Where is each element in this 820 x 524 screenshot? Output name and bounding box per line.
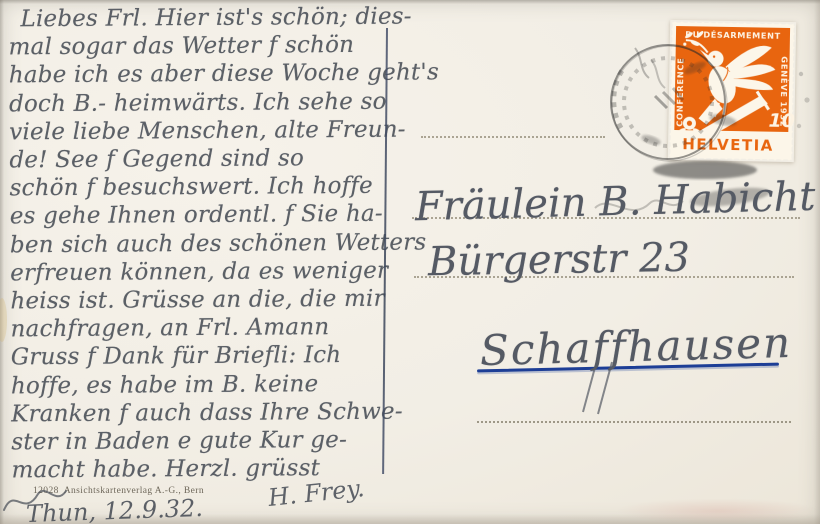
address-rule-line: [477, 421, 791, 423]
message-line: ben sich auch des schönen Wetters: [10, 228, 392, 259]
message-line: heiss ist. Grüsse an die, die mir: [10, 285, 392, 316]
address-street: Bürgerstr 23: [428, 235, 691, 286]
message-line: viele liebe Menschen, alte Freun-: [9, 115, 391, 146]
message-line: de! See f Gegend sind so: [9, 144, 391, 175]
message-line: nachfragen, an Frl. Amann: [10, 313, 392, 344]
message-line: Kranken f auch dass Ihre Schwe-: [11, 398, 393, 429]
message-line: mal sogar das Wetter f schön: [9, 31, 391, 62]
handwritten-message: Liebes Frl. Hier ist's schön; dies- mal …: [8, 3, 393, 485]
message-line: es gehe Ihnen ordentl. f Sie ha-: [10, 200, 392, 231]
postcard: Liebes Frl. Hier ist's schön; dies- mal …: [0, 0, 820, 524]
message-line: Gruss f Dank für Briefli: Ich: [11, 341, 393, 372]
message-line: habe ich es aber diese Woche geht's: [9, 59, 391, 90]
address-city: Schaffhausen: [479, 318, 792, 375]
scan-discoloration: [615, 498, 820, 524]
scan-edge-left: [0, 0, 4, 524]
ink-flourish: [0, 480, 70, 520]
message-line: hoffe, es habe im B. keine: [11, 369, 393, 400]
letter-descender-strokes: [570, 355, 630, 420]
message-line: doch B.- heimwärts. Ich sehe so: [9, 87, 391, 118]
message-line: erfreuen können, da es weniger: [10, 256, 392, 287]
paper-stain: [0, 298, 7, 342]
message-line: Liebes Frl. Hier ist's schön; dies-: [8, 3, 390, 34]
message-line: schön f besuchswert. Ich hoffe: [10, 172, 392, 203]
message-line: ster in Baden e gute Kur ge-: [11, 426, 393, 457]
